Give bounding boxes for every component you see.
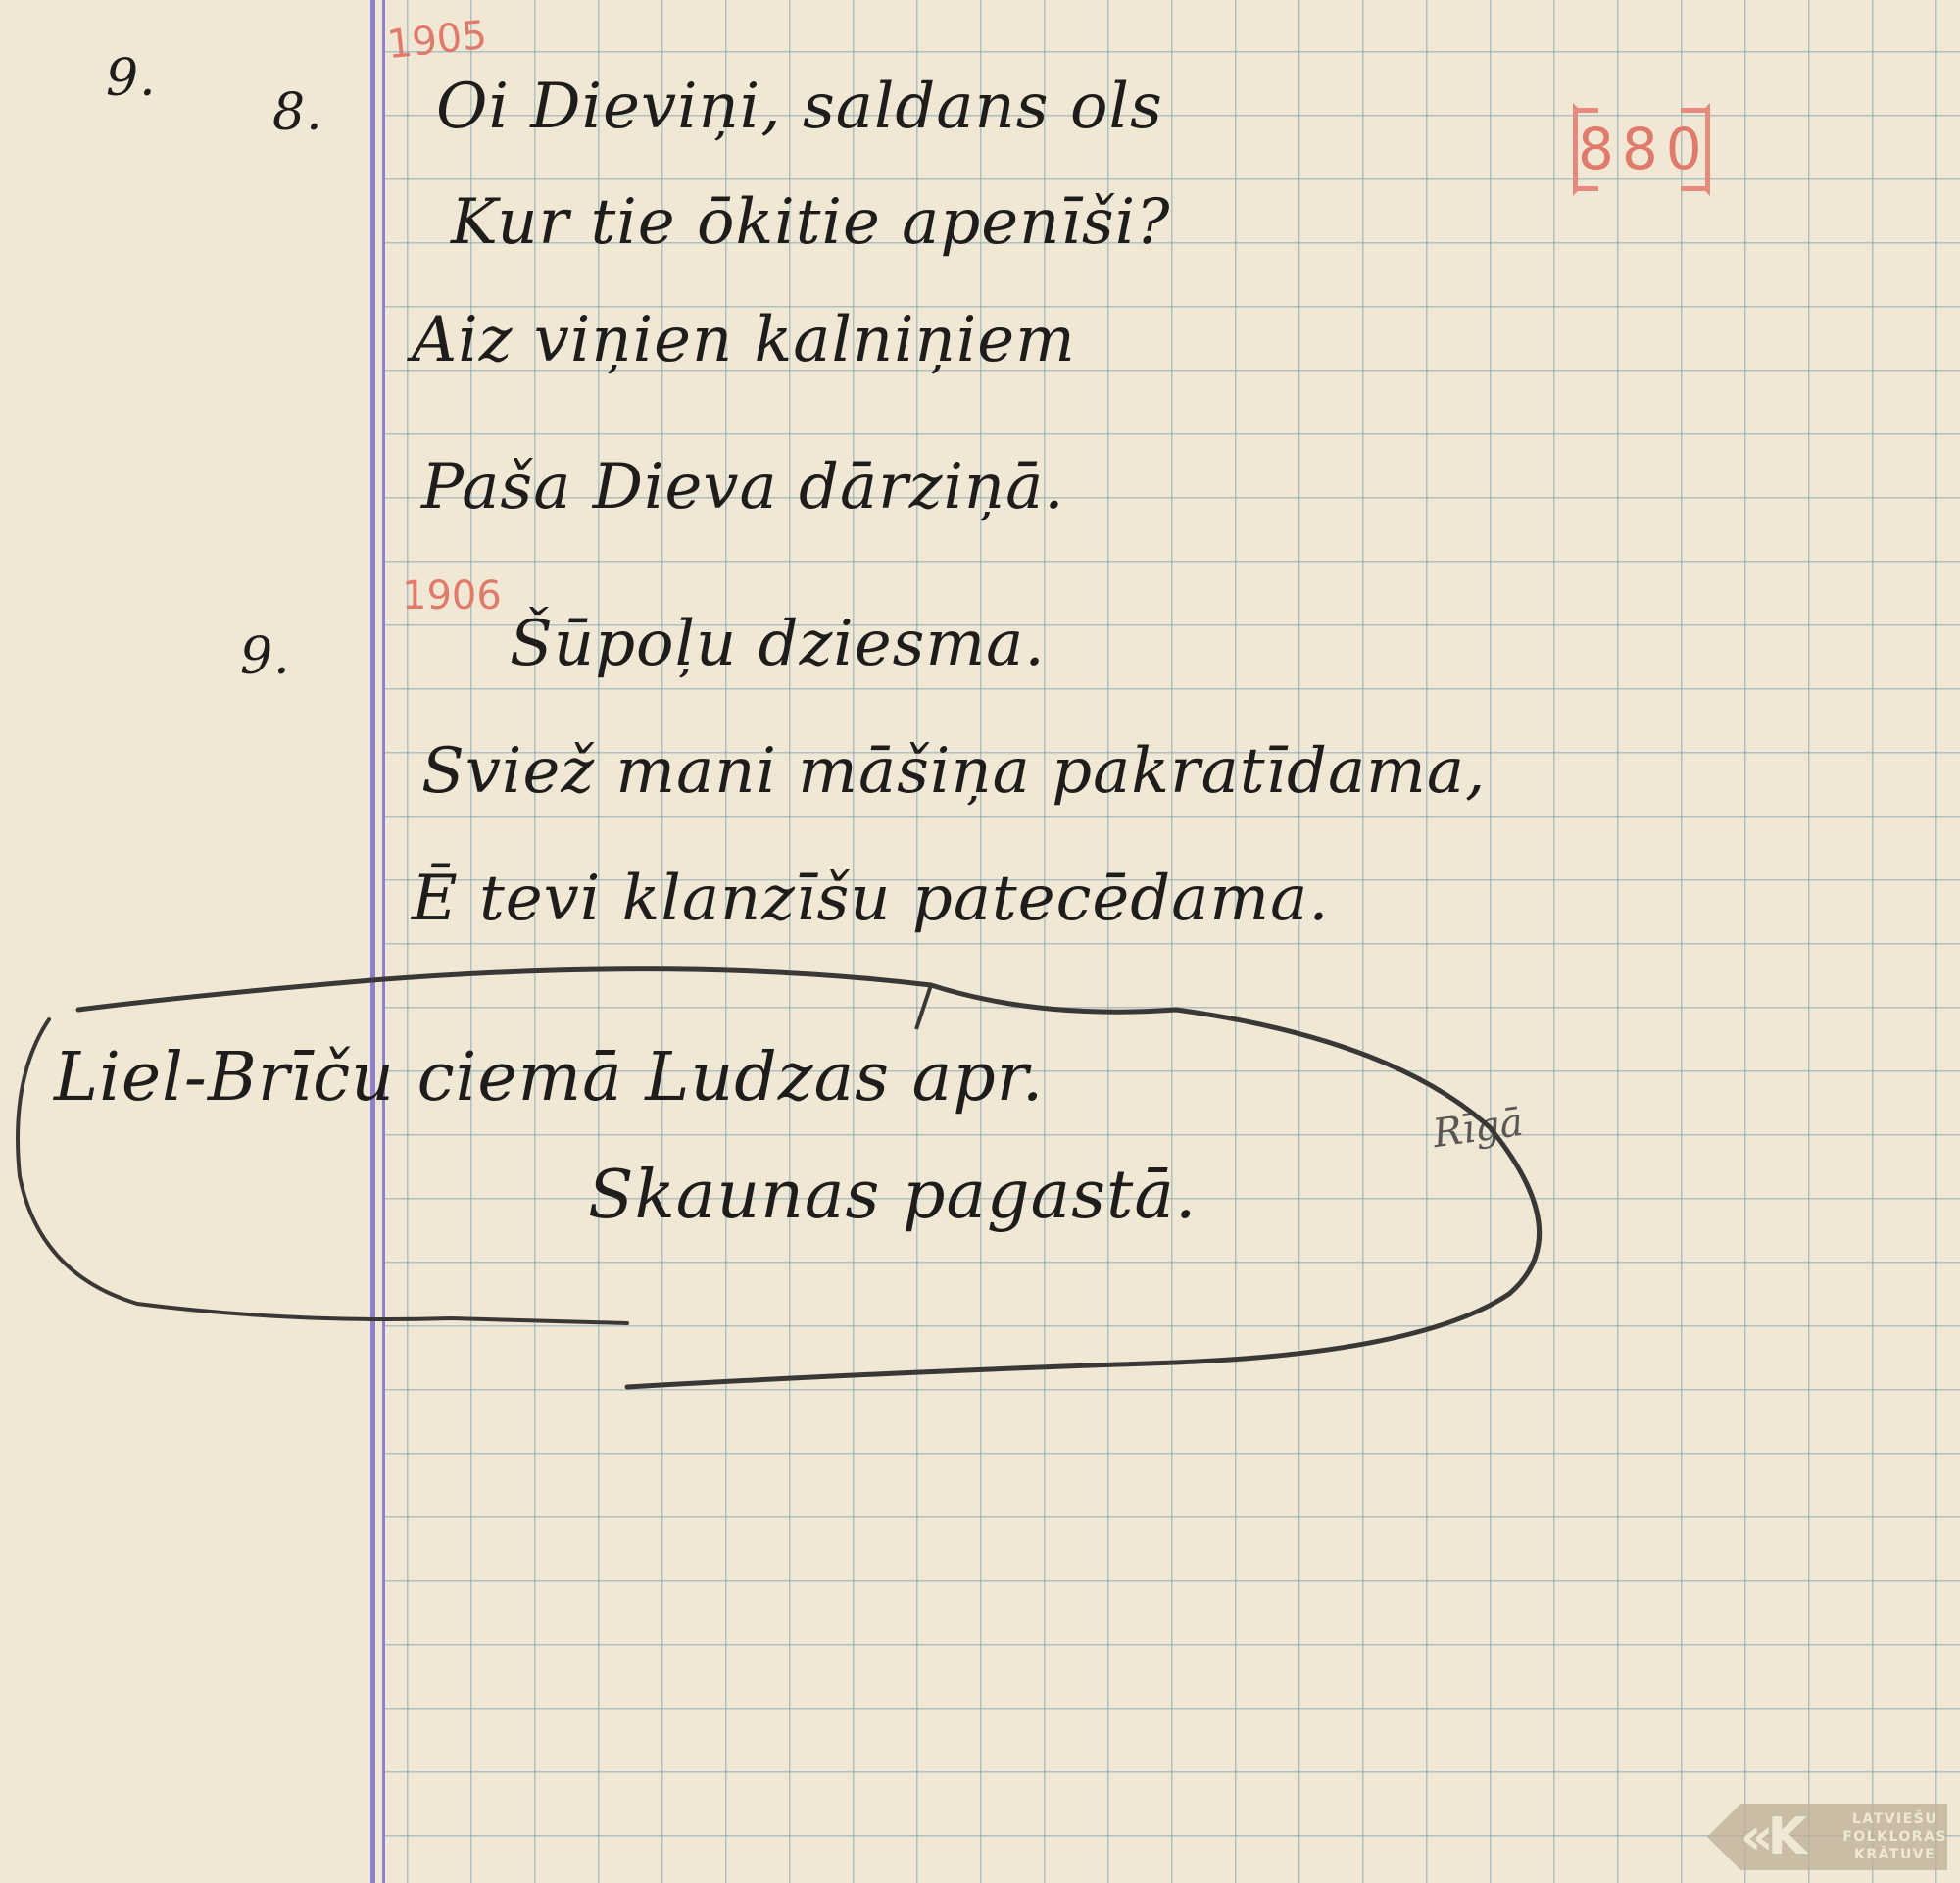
entry-9-line-1: Sviež mani māšiņa pakratīdama, (421, 735, 1486, 808)
page-number: 9. (106, 49, 157, 108)
year-annotation-1906: 1906 (402, 573, 502, 619)
logo-text: LATVIEŠU FOLKLORAS KRĀTUVE (1842, 1810, 1947, 1863)
manuscript-page: 9. 8. 9. 1905 1906 880 Oi Dieviņi, salda… (0, 0, 1960, 1883)
entry-8-line-2: Kur tie ōkitie apenīši? (451, 186, 1170, 259)
entry-9-title: Šūpoļu dziesma. (510, 608, 1046, 680)
entry-8-line-3: Aiz viņien kalniņiem (412, 304, 1076, 376)
location-line-2: Skaunas pagastā. (588, 1157, 1198, 1234)
entry-number-9: 9. (240, 627, 291, 686)
entry-8-line-1: Oi Dieviņi, saldans ols (436, 71, 1163, 143)
reference-number-box: 880 (1573, 103, 1710, 196)
location-line-1: Liel-Brīču ciemā Ludzas apr. (54, 1039, 1044, 1116)
entry-8-line-4: Paša Dieva dārziņā. (421, 451, 1065, 523)
latvian-folklore-archive-logo: «K LATVIEŠU FOLKLORAS KRĀTUVE (1707, 1804, 1947, 1870)
margin-line-right (382, 0, 385, 1883)
margin-line-left (370, 0, 375, 1883)
entry-9-line-2: Ē tevi klanzīšu patecēdama. (412, 863, 1330, 935)
graph-paper-grid (385, 0, 1960, 1883)
entry-number-8: 8. (272, 83, 323, 142)
